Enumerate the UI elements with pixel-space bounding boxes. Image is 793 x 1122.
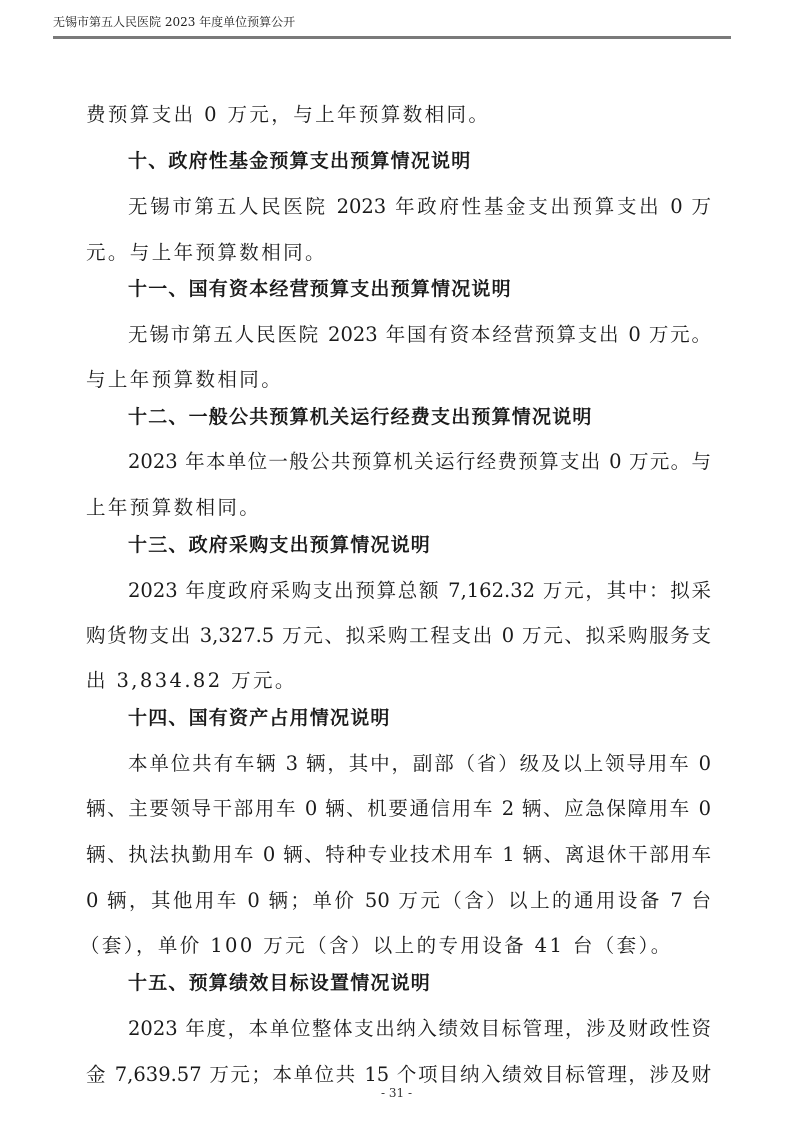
paragraph-line: 上年预算数相同。 [86,495,711,521]
paragraph-line: 无锡市第五人民医院 2023 年政府性基金支出预算支出 0 万 [128,194,711,220]
paragraph-line: 金 7,639.57 万元；本单位共 15 个项目纳入绩效目标管理，涉及财 [86,1062,711,1088]
paragraph-line: 费预算支出 0 万元，与上年预算数相同。 [86,102,711,128]
paragraph-line: 出 3,834.82 万元。 [86,668,711,694]
section-heading-14: 十四、国有资产占用情况说明 [128,705,753,731]
section-heading-11: 十一、国有资本经营预算支出预算情况说明 [128,276,753,302]
paragraph-line: 无锡市第五人民医院 2023 年国有资本经营预算支出 0 万元。 [128,322,711,348]
paragraph-line: 2023 年度，本单位整体支出纳入绩效目标管理，涉及财政性资 [128,1016,711,1042]
paragraph-line: 辆、主要领导干部用车 0 辆、机要通信用车 2 辆、应急保障用车 0 [86,796,711,822]
page-number: - 31 - [0,1086,793,1100]
paragraph-line: 2023 年本单位一般公共预算机关运行经费预算支出 0 万元。与 [128,449,711,475]
paragraph-line: （套），单价 100 万元（含）以上的专用设备 41 台（套）。 [80,933,705,959]
paragraph-line: 购货物支出 3,327.5 万元、拟采购工程支出 0 万元、拟采购服务支 [86,623,711,649]
section-heading-13: 十三、政府采购支出预算情况说明 [128,532,753,558]
section-heading-10: 十、政府性基金预算支出预算情况说明 [128,148,753,174]
paragraph-line: 元。与上年预算数相同。 [86,240,711,266]
paragraph-line: 本单位共有车辆 3 辆，其中，副部（省）级及以上领导用车 0 [128,751,711,777]
header-title: 无锡市第五人民医院 2023 年度单位预算公开 [53,14,731,30]
paragraph-line: 与上年预算数相同。 [86,367,711,393]
paragraph-line: 0 辆，其他用车 0 辆；单价 50 万元（含）以上的通用设备 7 台 [86,888,711,914]
section-heading-15: 十五、预算绩效目标设置情况说明 [128,970,753,996]
section-heading-12: 十二、一般公共预算机关运行经费支出预算情况说明 [128,404,753,430]
paragraph-line: 2023 年度政府采购支出预算总额 7,162.32 万元，其中：拟采 [128,578,711,604]
paragraph-line: 辆、执法执勤用车 0 辆、特种专业技术用车 1 辆、离退休干部用车 [86,842,711,868]
header-divider [53,36,731,39]
page-header: 无锡市第五人民医院 2023 年度单位预算公开 [53,14,731,39]
